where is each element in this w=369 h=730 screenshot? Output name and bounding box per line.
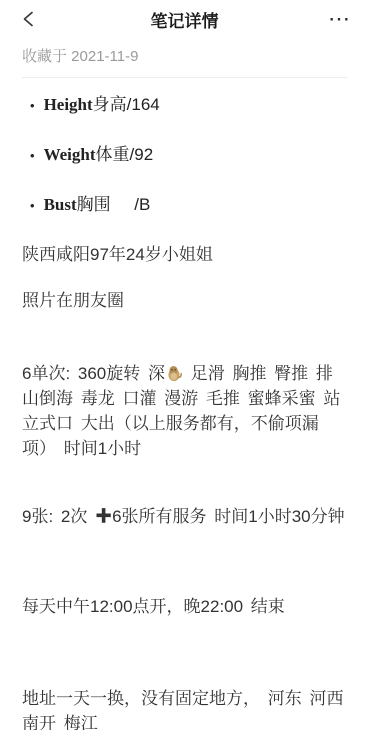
services-text-before: 6单次: 360旋转 深 xyxy=(22,364,165,383)
bullet-icon: • xyxy=(30,143,35,168)
monkey-emoji-icon xyxy=(165,364,183,382)
intro-line-1: 陕西咸阳97年24岁小姐姐 xyxy=(22,242,347,267)
bullet-icon: • xyxy=(30,193,35,218)
address-paragraph: 地址一天一换，没有固定地方， 河东 河西 南开 梅江 xyxy=(22,686,347,730)
package-paragraph: 9张: 2次 ✚6张所有服务 时间1小时30分钟 xyxy=(22,504,347,529)
list-item: • Weight体重/92 xyxy=(22,142,347,168)
list-item: • Height身高/164 xyxy=(22,92,347,118)
collected-date: 收藏于 2021-11-9 xyxy=(22,48,138,65)
list-item: • Bust胸围 /B xyxy=(22,192,347,218)
bullet-icon: • xyxy=(30,93,35,118)
meta-row: 收藏于 2021-11-9 xyxy=(0,38,369,67)
measurements-list: • Height身高/164 • Weight体重/92 • Bust胸围 /B xyxy=(22,92,347,218)
measurement-value: 胸围 /B xyxy=(77,195,151,214)
hours-paragraph: 每天中午12:00点开，晚22:00 结束 xyxy=(22,594,347,619)
services-paragraph: 6单次: 360旋转 深 足滑 胸推 臀推 排山倒海 毒龙 口灌 漫游 毛推 蜜… xyxy=(22,361,347,461)
chevron-left-icon xyxy=(18,8,40,30)
back-button[interactable] xyxy=(14,4,44,34)
measurement-term: Bust xyxy=(44,195,77,214)
note-content: • Height身高/164 • Weight体重/92 • Bust胸围 /B… xyxy=(0,92,369,730)
measurement-value: 体重/92 xyxy=(96,145,154,164)
intro-line-2: 照片在朋友圈 xyxy=(22,288,347,313)
divider xyxy=(22,77,347,78)
ellipsis-icon: ⋯ xyxy=(328,6,351,31)
page-title: 笔记详情 xyxy=(54,7,315,32)
measurement-term: Weight xyxy=(44,145,96,164)
more-menu-button[interactable]: ⋯ xyxy=(324,6,355,32)
measurement-term: Height xyxy=(44,95,93,114)
navbar: 笔记详情 ⋯ xyxy=(0,0,369,38)
measurement-value: 身高/164 xyxy=(93,95,160,114)
